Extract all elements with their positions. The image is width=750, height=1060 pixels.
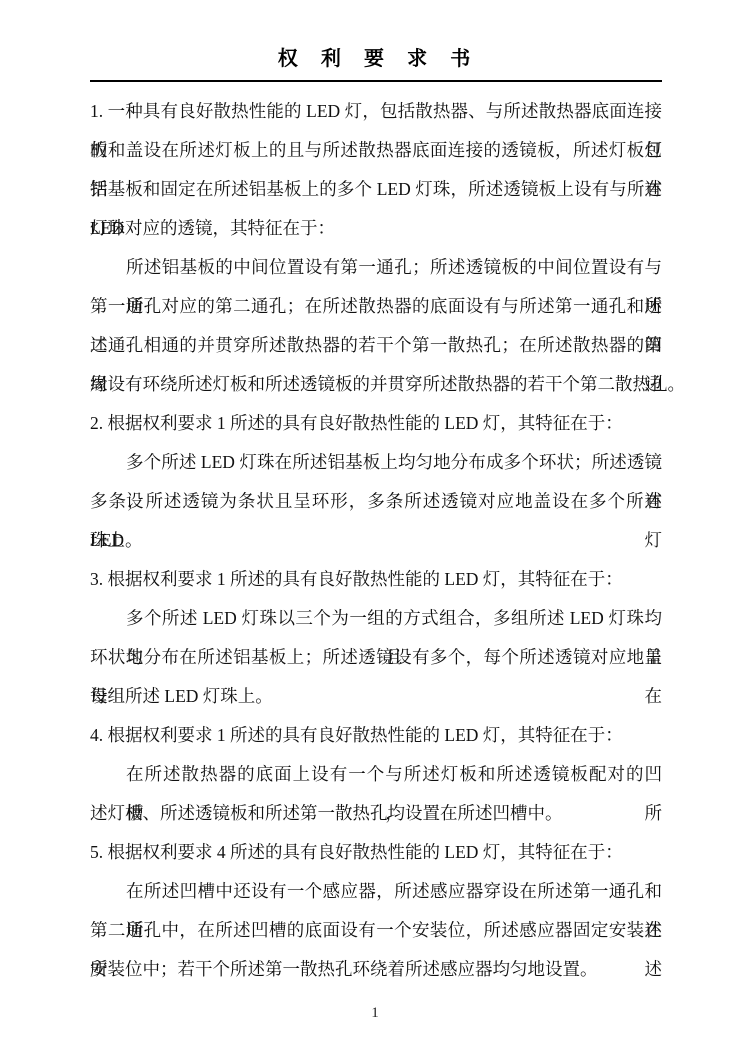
claim-text-line: 铝基板和固定在所述铝基板上的多个 LED 灯珠，所述透镜板上设有与所述 LED [90, 170, 662, 209]
claim-text-line: 多个所述 LED 灯珠以三个为一组的方式组合，多组所述 LED 灯珠均匀且呈 [90, 599, 662, 638]
claim-text-line: 灯珠对应的透镜，其特征在于： [90, 209, 662, 248]
claim-text-line: 板和盖设在所述灯板上的且与所述散热器底面连接的透镜板，所述灯板包括有 [90, 131, 662, 170]
claim-text-line: 在所述散热器的底面上设有一个与所述灯板和所述透镜板配对的凹槽，所 [90, 755, 662, 794]
claim-text-line: 第二通孔中，在所述凹槽的底面设有一个安装位，所述感应器固定安装在所述 [90, 911, 662, 950]
claim-text-line: 多个所述 LED 灯珠在所述铝基板上均匀地分布成多个环状；所述透镜设有 [90, 443, 662, 482]
claim-text-line: 在所述凹槽中还设有一个感应器，所述感应器穿设在所述第一通孔和所述 [90, 872, 662, 911]
claim-text-line: 所述铝基板的中间位置设有第一通孔；所述透镜板的中间位置设有与所述 [90, 248, 662, 287]
claim-text-line: 3. 根据权利要求 1 所述的具有良好散热性能的 LED 灯，其特征在于： [90, 560, 662, 599]
page-footer: 1 [0, 1004, 750, 1022]
page-number: 1 [371, 1005, 379, 1021]
claim-text-line: 二通孔相通的并贯穿所述散热器的若干个第一散热孔；在所述散热器的四周边 [90, 326, 662, 365]
claim-text-line: 缘设有环绕所述灯板和所述透镜板的并贯穿所述散热器的若干个第二散热孔。 [90, 365, 662, 404]
page-title: 权 利 要 求 书 [278, 42, 474, 71]
claim-text-line: 4. 根据权利要求 1 所述的具有良好散热性能的 LED 灯，其特征在于： [90, 716, 662, 755]
claim-text-line: 1. 一种具有良好散热性能的 LED 灯，包括散热器、与所述散热器底面连接的灯 [90, 92, 662, 131]
document-header: 权 利 要 求 书 [90, 42, 662, 82]
claim-text-line: 5. 根据权利要求 4 所述的具有良好散热性能的 LED 灯，其特征在于： [90, 833, 662, 872]
claim-text-line: 第一通孔对应的第二通孔；在所述散热器的底面设有与所述第一通孔和所述第 [90, 287, 662, 326]
claims-body: 1. 一种具有良好散热性能的 LED 灯，包括散热器、与所述散热器底面连接的灯板… [90, 92, 662, 989]
claim-text-line: 安装位中；若干个所述第一散热孔环绕着所述感应器均匀地设置。 [90, 950, 662, 989]
claim-text-line: 多条，所述透镜为条状且呈环形，多条所述透镜对应地盖设在多个所述 LED 灯 [90, 482, 662, 521]
patent-claims-page: 权 利 要 求 书 1. 一种具有良好散热性能的 LED 灯，包括散热器、与所述… [0, 0, 750, 1060]
claim-text-line: 环状地分布在所述铝基板上；所述透镜设有多个，每个所述透镜对应地盖设在 [90, 638, 662, 677]
claim-text-line: 2. 根据权利要求 1 所述的具有良好散热性能的 LED 灯，其特征在于： [90, 404, 662, 443]
